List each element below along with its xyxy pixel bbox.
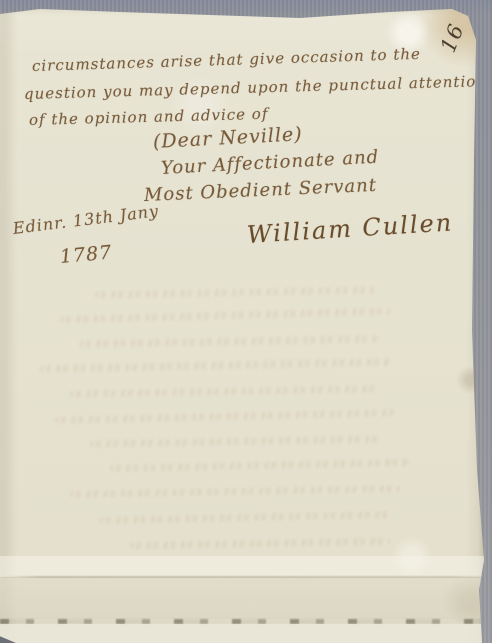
fold-bottom-strip [0,624,492,643]
dateline-year: 1787 [59,241,113,267]
letter-page: circumstances arise that give occasion t… [0,0,492,643]
manuscript-photo: circumstances arise that give occasion t… [0,0,492,643]
fold-highlight-band [0,556,492,577]
fold-shaded-band [0,578,492,619]
